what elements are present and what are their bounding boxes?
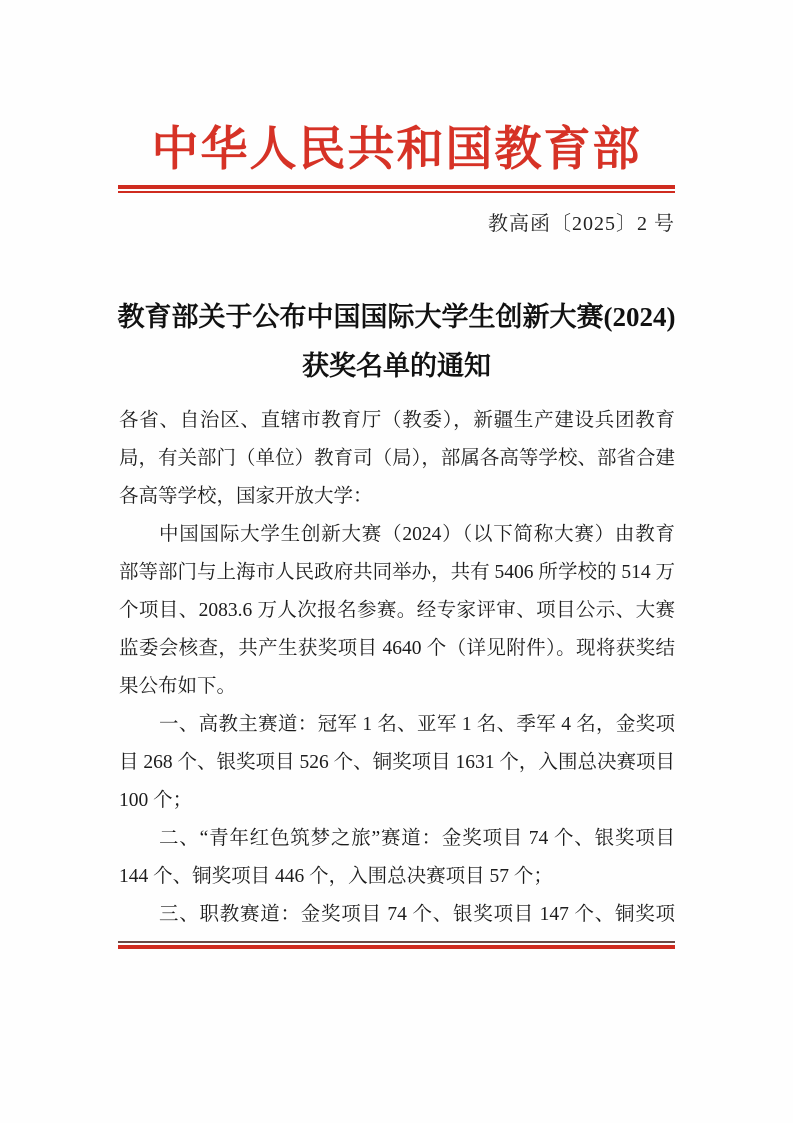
letterhead-rule-thin [118, 191, 675, 193]
footer-double-rule [118, 941, 675, 949]
doc-title-line1: 教育部关于公布中国国际大学生创新大赛(2024) [50, 293, 743, 342]
ministry-letterhead: 中华人民共和国教育部 [0, 112, 793, 179]
doc-title: 教育部关于公布中国国际大学生创新大赛(2024) 获奖名单的通知 [50, 293, 743, 391]
paragraph-track-1-higher-education: 一、高教主赛道：冠军 1 名、亚军 1 名、季军 4 名，金奖项目 268 个、… [119, 706, 675, 820]
doc-reference-number: 教高函〔2025〕2 号 [488, 207, 675, 236]
doc-body: 各省、自治区、直辖市教育厅（教委），新疆生产建设兵团教育局，有关部门（单位）教育… [119, 402, 675, 934]
doc-title-line2: 获奖名单的通知 [50, 342, 743, 391]
paragraph-overview: 中国国际大学生创新大赛（2024）（以下简称大赛）由教育部等部门与上海市人民政府… [119, 516, 675, 706]
paragraph-recipients: 各省、自治区、直辖市教育厅（教委），新疆生产建设兵团教育局，有关部门（单位）教育… [119, 402, 675, 516]
letterhead-double-rule [118, 185, 675, 193]
footer-rule-thick [118, 945, 675, 949]
paragraph-track-2-red-dream-journey: 二、“青年红色筑梦之旅”赛道：金奖项目 74 个、银奖项目 144 个、铜奖项目… [119, 820, 675, 896]
official-document-page: 中华人民共和国教育部 教高函〔2025〕2 号 教育部关于公布中国国际大学生创新… [0, 0, 793, 1123]
paragraph-track-3-vocational-education-truncated: 三、职教赛道：金奖项目 74 个、银奖项目 147 个、铜奖项 [119, 896, 675, 934]
